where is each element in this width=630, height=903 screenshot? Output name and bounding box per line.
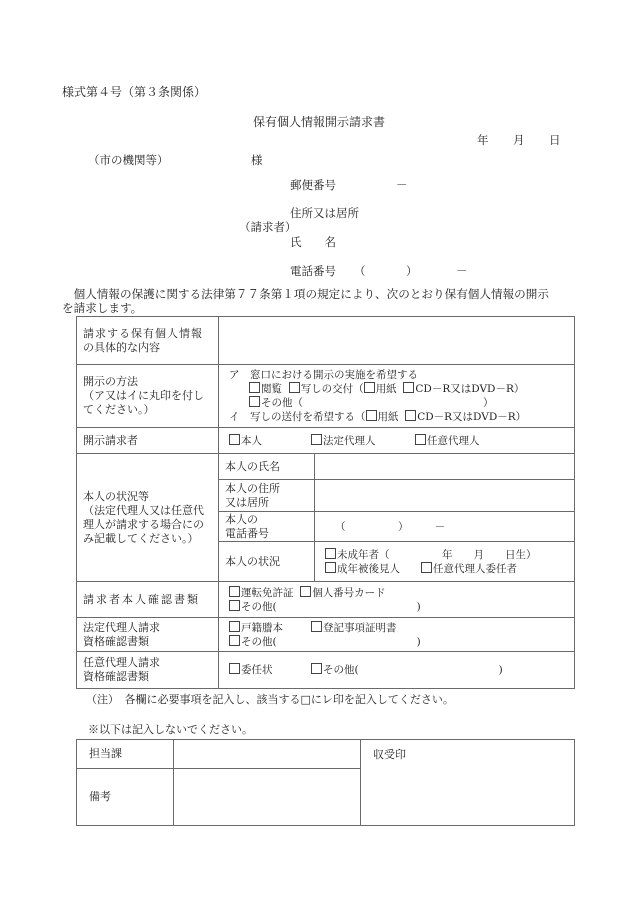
content-label-cell: 請求する保有個人情報 の具体的な内容 [77, 317, 219, 365]
principal-address-input[interactable] [315, 480, 575, 512]
page-title: 保有個人情報開示請求書 [253, 116, 385, 128]
voluntary-docs-options: 委任状その他() [219, 652, 575, 689]
id-other-checkbox[interactable] [229, 600, 240, 611]
row-principal-name: 本人の状況等 （法定代理人又は任意代 理人が請求する場合にの み記載してください… [77, 454, 575, 480]
department-label-cell: 担当課 [77, 740, 174, 769]
remarks-value-cell [174, 769, 361, 826]
option-voluntary-agent: 任意代理人 [415, 435, 480, 447]
principal-status-label: 本人の状況 [225, 555, 310, 569]
principal-address-label-cell: 本人の住所 又は居所 [219, 480, 315, 512]
method-label-line3: てください。） [83, 403, 214, 417]
status-minor: 未成年者（ 年 月 日生） [325, 548, 574, 562]
legal-agent-checkbox[interactable] [311, 434, 322, 445]
status-guardian-proxy: 成年被後見人任意代理人委任者 [325, 562, 574, 576]
addressee-label: （市の機関等） [88, 155, 169, 167]
row-voluntary-agent-documents: 任意代理人請求 資格確認書類 委任状その他() [77, 652, 575, 689]
office-notice: ※以下は記入しないでください。 [88, 724, 253, 735]
id-docs-label: 請求者本人確認書類 [83, 593, 214, 607]
id-docs-line2: その他() [229, 600, 574, 614]
receipt-stamp-label: 収受印 [373, 748, 406, 761]
method-option-b: イ 写しの送付を希望する（用紙 CD－R又はDVD－R） [229, 410, 574, 424]
requester-type-label: 開示請求者 [83, 434, 214, 448]
note: （注） 各欄に必要事項を記入し、該当する□にレ印を記入してください。 [86, 694, 454, 705]
legal-docs-label-2: 資格確認書類 [83, 635, 214, 649]
cd-b-checkbox[interactable] [405, 410, 416, 421]
principal-name-label: 本人の氏名 [225, 460, 310, 474]
legal-docs-label-cell: 法定代理人請求 資格確認書類 [77, 618, 219, 652]
row-id-documents: 請求者本人確認書類 運転免許証 個人番号カード その他() [77, 582, 575, 618]
voluntary-docs-label-1: 任意代理人請求 [83, 656, 214, 670]
requester-label: （請求者） [239, 222, 297, 234]
content-label-line1: 請求する保有個人情報 [83, 327, 214, 341]
phone-input[interactable] [345, 262, 549, 282]
principal-status-options: 未成年者（ 年 月 日生） 成年被後見人任意代理人委任者 [315, 542, 575, 582]
remarks-label: 備考 [89, 790, 163, 804]
address-label: 住所又は居所 [290, 208, 359, 220]
mynumber-checkbox[interactable] [300, 586, 311, 597]
cd-a-checkbox[interactable] [403, 382, 414, 393]
option-legal-agent: 法定代理人 [311, 434, 415, 448]
honorific-label: 様 [251, 155, 263, 167]
method-label-line2: （ア又はイに丸印を付し [83, 389, 214, 403]
principal-label-line2: （法定代理人又は任意代 [83, 504, 214, 518]
date-month-label: 月 [513, 135, 525, 147]
method-label-line1: 開示の方法 [83, 375, 214, 389]
principal-label-cell: 本人の状況等 （法定代理人又は任意代 理人が請求する場合にの み記載してください… [77, 454, 219, 582]
content-input-cell[interactable] [219, 317, 575, 365]
legal-docs-options: 戸籍謄本登記事項証明書 その他() [219, 618, 575, 652]
voluntary-agent-checkbox[interactable] [415, 434, 426, 445]
date-year-label: 年 [477, 135, 489, 147]
minor-checkbox[interactable] [325, 548, 336, 559]
principal-address-label-2: 又は居所 [225, 496, 310, 510]
principal-label-line4: み記載してください。） [83, 532, 214, 546]
voluntary-docs-label-2: 資格確認書類 [83, 670, 214, 684]
license-checkbox[interactable] [229, 586, 240, 597]
legal-docs-line1: 戸籍謄本登記事項証明書 [229, 621, 574, 635]
principal-label-line1: 本人の状況等 [83, 490, 214, 504]
power-of-attorney-checkbox[interactable] [229, 663, 240, 674]
method-option-a-other: その他（） [229, 396, 574, 410]
method-options-cell: ア 窓口における開示の実施を希望する 閲覧 写しの交付（用紙 CD－R又はDVD… [219, 365, 575, 428]
principal-label-line3: 理人が請求する場合にの [83, 518, 214, 532]
principal-status-label-cell: 本人の状況 [219, 542, 315, 582]
proxy-principal-checkbox[interactable] [421, 562, 432, 573]
remarks-label-cell: 備考 [77, 769, 174, 826]
row-disclosure-method: 開示の方法 （ア又はイに丸印を付し てください。） ア 窓口における開示の実施を… [77, 365, 575, 428]
legal-docs-line2: その他() [229, 635, 574, 649]
office-use-table: 担当課 収受印 備考 [76, 739, 575, 826]
principal-name-label-cell: 本人の氏名 [219, 454, 315, 480]
method-option-a-sub: 閲覧 写しの交付（用紙 CD－R又はDVD－R） [229, 382, 574, 396]
requester-type-options: 本人法定代理人任意代理人 [219, 428, 575, 454]
self-checkbox[interactable] [229, 434, 240, 445]
principal-address-label-1: 本人の住所 [225, 482, 310, 496]
principal-phone-label-1: 本人の [225, 513, 310, 527]
phone-label: 電話番号 [290, 266, 336, 278]
id-docs-options: 運転免許証 個人番号カード その他() [219, 582, 575, 618]
paper-b-checkbox[interactable] [366, 410, 377, 421]
department-label: 担当課 [89, 747, 163, 761]
id-docs-label-cell: 請求者本人確認書類 [77, 582, 219, 618]
other-a-checkbox[interactable] [249, 396, 260, 407]
name-label: 氏 名 [290, 237, 336, 249]
row-requested-content: 請求する保有個人情報 の具体的な内容 [77, 317, 575, 365]
id-docs-line1: 運転免許証 個人番号カード [229, 586, 574, 600]
content-label-line2: の具体的な内容 [83, 341, 214, 355]
guardian-checkbox[interactable] [325, 562, 336, 573]
name-input[interactable] [345, 233, 559, 253]
receipt-stamp-cell: 収受印 [361, 740, 575, 826]
intro-line-2: を請求します。 [62, 303, 142, 315]
voluntary-other-checkbox[interactable] [311, 663, 322, 674]
voluntary-docs-label-cell: 任意代理人請求 資格確認書類 [77, 652, 219, 689]
method-label-cell: 開示の方法 （ア又はイに丸印を付し てください。） [77, 365, 219, 428]
legal-docs-label-1: 法定代理人請求 [83, 621, 214, 635]
row-department: 担当課 収受印 [77, 740, 575, 769]
registry-checkbox[interactable] [311, 621, 322, 632]
legal-other-checkbox[interactable] [229, 635, 240, 646]
form-number: 様式第４号（第３条関係） [62, 86, 206, 98]
address-input[interactable] [365, 204, 569, 224]
request-table: 請求する保有個人情報 の具体的な内容 開示の方法 （ア又はイに丸印を付し てくだ… [76, 316, 575, 689]
principal-phone-input[interactable]: （ ） － [315, 512, 575, 542]
copy-checkbox[interactable] [289, 382, 300, 393]
department-value-cell [174, 740, 361, 769]
date-day-label: 日 [549, 135, 561, 147]
postal-code-label: 郵便番号 [290, 180, 336, 192]
koseki-checkbox[interactable] [229, 621, 240, 632]
view-checkbox[interactable] [249, 382, 260, 393]
requester-type-label-cell: 開示請求者 [77, 428, 219, 454]
row-legal-agent-documents: 法定代理人請求 資格確認書類 戸籍謄本登記事項証明書 その他() [77, 618, 575, 652]
option-self: 本人 [229, 434, 311, 448]
postal-code-input[interactable] [345, 176, 549, 196]
principal-phone-label-2: 電話番号 [225, 527, 310, 541]
principal-phone-label-cell: 本人の 電話番号 [219, 512, 315, 542]
row-requester-type: 開示請求者 本人法定代理人任意代理人 [77, 428, 575, 454]
paper-a-checkbox[interactable] [364, 382, 375, 393]
intro-line-1: 個人情報の保護に関する法律第７７条第１項の規定により、次のとおり保有個人情報の開… [62, 289, 549, 301]
method-option-a[interactable]: ア 窓口における開示の実施を希望する [229, 368, 574, 382]
principal-name-input[interactable] [315, 454, 575, 480]
